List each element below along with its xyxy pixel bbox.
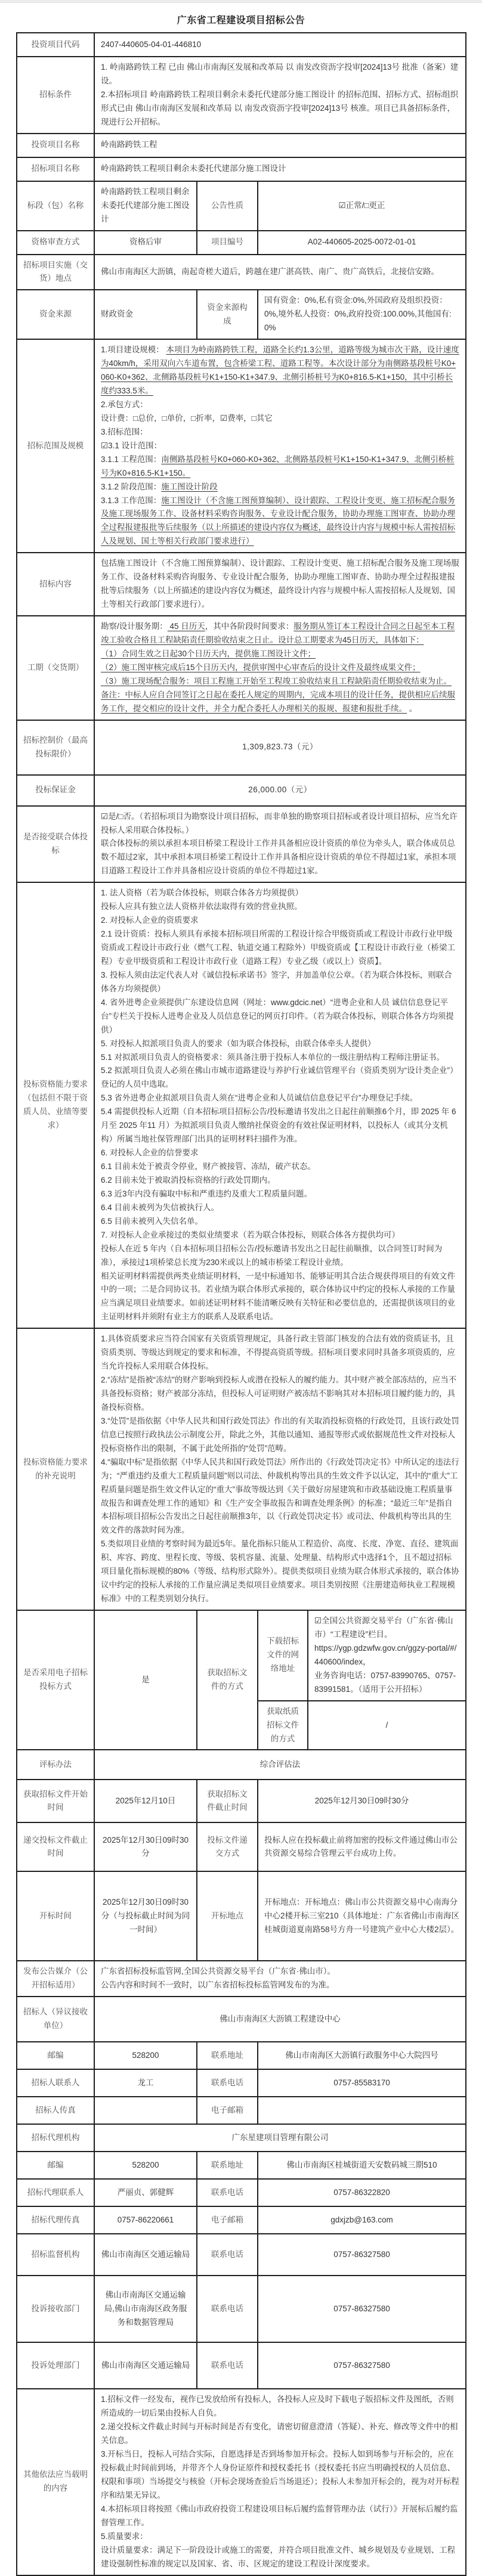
agency-value: 广东星建项目管理有限公司 [94,2124,466,2152]
submission-deadline-value: 2025年12月30日09时30分 [94,1822,197,1871]
agency-fax-value: 0757-86220661 [94,2206,197,2234]
row-agency-fax: 招标代理传真 0757-86220661 电子邮箱 gdxjzb@163.com [17,2206,466,2234]
tenderer-contact-value: 龙工 [94,2069,197,2097]
bid-opening-time-value: 2025年12月30日09时30分（与投标截止时间为同一时间） [94,1871,197,1961]
bid-deposit-value: 26,000.00（元） [94,775,466,806]
row-scope-and-scale: 招标范围及规模 1.项目建设规模： 本项目为岭南路跨铁工程，道路全长约1.3公里… [17,339,466,553]
tender-project-name-label: 招标项目名称 [17,157,94,181]
row-evaluation-method: 评标办法 综合评估法 [17,1750,466,1780]
row-tenderer-contact: 招标人联系人 龙工 联系电话 0757-85583170 [17,2069,466,2097]
tenderer-fax-label: 招标人传真 [17,2097,94,2124]
tenderer-postcode-label: 邮编 [17,2042,94,2069]
tenderer-phone-label: 联系电话 [197,2069,258,2097]
row-agency-postcode: 邮编 528200 联系地址 佛山市南海区桂城街道天安数码城三期510 [17,2152,466,2179]
scope-and-scale-label: 招标范围及规模 [17,339,94,553]
fund-source-value: 财政资金 [94,290,197,339]
project-code-value: 2407-440605-04-01-446810 [94,33,466,57]
ability-supplementary-notes-label: 投标资格能力要求的补充说明 [17,1328,94,1610]
row-consortium-bidding: 是否接受联合体投标 ☑是/□否。（若招标项目为勘察设计项目招标，而非单独的勘察项… [17,806,466,883]
row-investment-project-name: 投资项目名称 岭南路跨铁工程 [17,134,466,157]
consortium-bidding-label: 是否接受联合体投标 [17,806,94,883]
complaint-receiving-phone-value: 0757-86327580 [258,2276,466,2342]
agency-address-value: 佛山市南海区桂城街道天安数码城三期510 [258,2152,466,2179]
page-title: 广东省工程建设项目招标公告 [0,13,482,26]
row-complaint-handling: 投诉处理部门 佛山市南海区交通运输局 联系电话 0757-86327580 [17,2342,466,2389]
row-fund-source: 资金来源 财政资金 资金来源构成 国有资金：0%,私有资金:0%,外国政府及组织… [17,290,466,339]
row-submission-deadline: 递交投标文件截止时间 2025年12月30日09时30分 投标文件递交方式 投标… [17,1822,466,1871]
agency-postcode-label: 邮编 [17,2152,94,2179]
complaint-handling-value: 佛山市南海区交通运输局 [94,2342,197,2389]
row-bidder-ability-requirements: 投标资格能力要求（包括但不限于资质人员、业绩等要求） 1. 法人资格（若为联合体… [17,882,466,1328]
complaint-handling-phone-label: 联系电话 [197,2342,258,2389]
download-address-value: ☑全国公共资源交易平台（广东省·佛山市）“工程建设”栏目。https://ygp… [308,1610,466,1701]
agency-email-value: gdxjzb@163.com [258,2206,466,2234]
tender-announcement-table: 投资项目代码 2407-440605-04-01-446810 招标条件 1. … [16,32,466,2576]
fund-source-label: 资金来源 [17,290,94,339]
row-tenderer-postcode: 邮编 528200 联系地址 佛山市南海区大沥镇行政服务中心大院四号 [17,2042,466,2069]
obtain-start-label: 获取招标文件开始时间 [17,1780,94,1822]
top-divider [0,0,482,3]
row-tenderer: 招标人（异议接收单位） 佛山市南海区大沥镇工程建设中心 [17,1997,466,2042]
section-name-value: 岭南路跨铁工程项目剩余未委托代建部分施工图设计 [94,181,197,231]
ability-supplementary-notes-value: 1.具体资质要求应当符合国家有关资质管理规定，具备行政主管部门核发的合法有效的资… [94,1328,466,1610]
consortium-bidding-value: ☑是/□否。（若招标项目为勘察设计项目招标，而非单独的勘察项目招标或者设计项目招… [94,806,466,883]
row-obtain-documents-time: 获取招标文件开始时间 2025年12月10日 获取招标文件截止时间 2025年1… [17,1780,466,1822]
tenderer-label: 招标人（异议接收单位） [17,1997,94,2042]
complaint-handling-label: 投诉处理部门 [17,2342,94,2389]
complaint-receiving-label: 投诉接收部门 [17,2276,94,2342]
supervision-phone-value: 0757-86327580 [258,2234,466,2276]
tenderer-value: 佛山市南海区大沥镇工程建设中心 [94,1997,466,2042]
row-bid-deposit: 投标保证金 26,000.00（元） [17,775,466,806]
row-delivery-place: 招标项目实施（交货）地点 佛山市南海区大沥镇，南起奇槎大道后，跨越在建广湛高铁、… [17,255,466,290]
obtain-documents-method-label: 获取招标文件的方式 [197,1610,258,1750]
tenderer-email-value [258,2097,466,2124]
submission-method-value: 投标人应在投标截止前将加密的投标文件通过佛山市公共资源交易综合管理云平台成功上传… [258,1822,466,1871]
bid-deposit-label: 投标保证金 [17,775,94,806]
row-announcement-media: 发布公告媒介（公开招标适用） 广东省招标投标监管网,全国公共资源交易平台（广东省… [17,1961,466,1997]
submission-deadline-label: 递交投标文件截止时间 [17,1822,94,1871]
supervision-authority-label: 招标监督机构 [17,2234,94,2276]
tenderer-address-value: 佛山市南海区大沥镇行政服务中心大院四号 [258,2042,466,2069]
agency-email-label: 电子邮箱 [197,2206,258,2234]
investment-project-name-label: 投资项目名称 [17,134,94,157]
row-qualification-review: 资格审查方式 资格后审 项目编号 A02-440605-2025-0072-01… [17,231,466,255]
section-name-label: 标段（包）名称 [17,181,94,231]
electronic-bidding-label: 是否采用电子招标投标方式 [17,1610,94,1750]
qualification-review-label: 资格审查方式 [17,231,94,255]
qualification-review-value: 资格后审 [94,231,197,255]
delivery-place-label: 招标项目实施（交货）地点 [17,255,94,290]
row-bid-opening: 开标时间 2025年12月30日09时30分（与投标截止时间为同一时间） 开标地… [17,1871,466,1961]
bid-opening-place-value: 开标地点：开标地点：佛山市公共资源交易中心南海分中心2楼开标三室210（具体地址… [258,1871,466,1961]
tender-conditions-value: 1. 岭南路跨铁工程 已由 佛山市南海区发展和改革局 以 南发改资沥字投审[20… [94,57,466,134]
investment-project-name-value: 岭南路跨铁工程 [94,134,466,157]
row-supervision-authority: 招标监督机构 佛山市南海区交通运输局 联系电话 0757-86327580 [17,2234,466,2276]
download-address-label: 下载招标文件的网络地址 [258,1610,308,1701]
agency-phone-label: 联系电话 [197,2179,258,2206]
bid-opening-place-label: 开标地点 [197,1871,258,1961]
project-number-value: A02-440605-2025-0072-01-01 [258,231,466,255]
other-legal-content-value: 1.招标文件一经发布，视作已发放给所有投标人，各投标人应及时下载电子版招标文件及… [94,2389,466,2575]
tender-content-label: 招标内容 [17,553,94,616]
row-electronic-bidding: 是否采用电子招标投标方式 是 获取招标文件的方式 下载招标文件的网络地址 ☑全国… [17,1610,466,1701]
fund-composition-label: 资金来源构成 [197,290,258,339]
row-tender-project-name: 招标项目名称 岭南路跨铁工程项目剩余未委托代建部分施工图设计 [17,157,466,181]
row-tender-conditions: 招标条件 1. 岭南路跨铁工程 已由 佛山市南海区发展和改革局 以 南发改资沥字… [17,57,466,134]
obtain-start-value: 2025年12月10日 [94,1780,197,1822]
agency-address-label: 联系地址 [197,2152,258,2179]
agency-fax-label: 招标代理传真 [17,2206,94,2234]
agency-postcode-value: 528200 [94,2152,197,2179]
tender-conditions-label: 招标条件 [17,57,94,134]
tenderer-address-label: 联系地址 [197,2042,258,2069]
agency-phone-value: 0757-86322820 [258,2179,466,2206]
evaluation-method-value: 综合评估法 [94,1750,466,1780]
complaint-handling-phone-value: 0757-86327580 [258,2342,466,2389]
obtain-end-value: 2025年12月30日09时30分 [258,1780,466,1822]
tenderer-postcode-value: 528200 [94,2042,197,2069]
electronic-bidding-value: 是 [94,1610,197,1750]
row-project-code: 投资项目代码 2407-440605-04-01-446810 [17,33,466,57]
row-agency: 招标代理机构 广东星建项目管理有限公司 [17,2124,466,2152]
tender-project-name-value: 岭南路跨铁工程项目剩余未委托代建部分施工图设计 [94,157,466,181]
price-ceiling-value: 1,309,823.73（元） [94,720,466,775]
bidder-ability-requirements-value: 1. 法人资格（若为联合体投标，则联合体各方均须提供）投标人应具有独立法人资格并… [94,882,466,1328]
tenderer-email-label: 电子邮箱 [197,2097,258,2124]
bid-opening-time-label: 开标时间 [17,1871,94,1961]
other-legal-content-label: 其他依法应当载明的内容 [17,2389,94,2575]
paper-documents-label: 获取纸质招标文件的方式 [258,1701,308,1750]
tender-content-value: 包括施工图设计（不含施工图预算编制）、设计跟踪、工程设计变更、施工招标配合服务及… [94,553,466,616]
row-section-name: 标段（包）名称 岭南路跨铁工程项目剩余未委托代建部分施工图设计 公告性质 ☑正常… [17,181,466,231]
notice-nature-value: ☑正常/□更正 [258,181,466,231]
row-agency-contact: 招标代理联系人 严丽贞、郭健辉 联系电话 0757-86322820 [17,2179,466,2206]
row-price-ceiling: 招标控制价（最高投标限价） 1,309,823.73（元） [17,720,466,775]
evaluation-method-label: 评标办法 [17,1750,94,1780]
project-number-label: 项目编号 [197,231,258,255]
row-tender-content: 招标内容 包括施工图设计（不含施工图预算编制）、设计跟踪、工程设计变更、施工招标… [17,553,466,616]
row-construction-period: 工期（交货期） 勘察/设计服务期： 45 日历天，其中各阶段时间要求：服务期从签… [17,616,466,720]
scope-and-scale-value: 1.项目建设规模： 本项目为岭南路跨铁工程，道路全长约1.3公里，道路等级为城市… [94,339,466,553]
construction-period-label: 工期（交货期） [17,616,94,720]
supervision-authority-value: 佛山市南海区交通运输局 [94,2234,197,2276]
fund-composition-value: 国有资金：0%,私有资金:0%,外国政府及组织投资：0%,境外私人投资：0%,政… [258,290,466,339]
construction-period-value: 勘察/设计服务期： 45 日历天，其中各阶段时间要求：服务期从签订本工程设计合同… [94,616,466,720]
paper-documents-value: / [308,1701,466,1750]
supervision-phone-label: 联系电话 [197,2234,258,2276]
obtain-end-label: 获取招标文件截止时间 [197,1780,258,1822]
tenderer-contact-label: 招标人联系人 [17,2069,94,2097]
delivery-place-value: 佛山市南海区大沥镇，南起奇槎大道后，跨越在建广湛高铁、南广、贵广高铁后，北接信安… [94,255,466,290]
row-other-legal-content: 其他依法应当载明的内容 1.招标文件一经发布，视作已发放给所有投标人，各投标人应… [17,2389,466,2575]
tenderer-phone-value: 0757-85583170 [258,2069,466,2097]
complaint-receiving-phone-label: 联系电话 [197,2276,258,2342]
agency-contact-value: 严丽贞、郭健辉 [94,2179,197,2206]
agency-contact-label: 招标代理联系人 [17,2179,94,2206]
complaint-receiving-value: 佛山市南海区交通运输局,佛山市南海区政务服务和数据管理局 [94,2276,197,2342]
submission-method-label: 投标文件递交方式 [197,1822,258,1871]
announcement-media-value: 广东省招标投标监管网,全国公共资源交易平台（广东省·佛山市）。公告内容和时间不一… [94,1961,466,1997]
notice-nature-label: 公告性质 [197,181,258,231]
bidder-ability-requirements-label: 投标资格能力要求（包括但不限于资质人员、业绩等要求） [17,882,94,1328]
tenderer-fax-value [94,2097,197,2124]
project-code-label: 投资项目代码 [17,33,94,57]
row-ability-supplementary-notes: 投标资格能力要求的补充说明 1.具体资质要求应当符合国家有关资质管理规定，具备行… [17,1328,466,1610]
price-ceiling-label: 招标控制价（最高投标限价） [17,720,94,775]
row-tenderer-fax: 招标人传真 电子邮箱 [17,2097,466,2124]
row-complaint-receiving: 投诉接收部门 佛山市南海区交通运输局,佛山市南海区政务服务和数据管理局 联系电话… [17,2276,466,2342]
agency-label: 招标代理机构 [17,2124,94,2152]
announcement-media-label: 发布公告媒介（公开招标适用） [17,1961,94,1997]
